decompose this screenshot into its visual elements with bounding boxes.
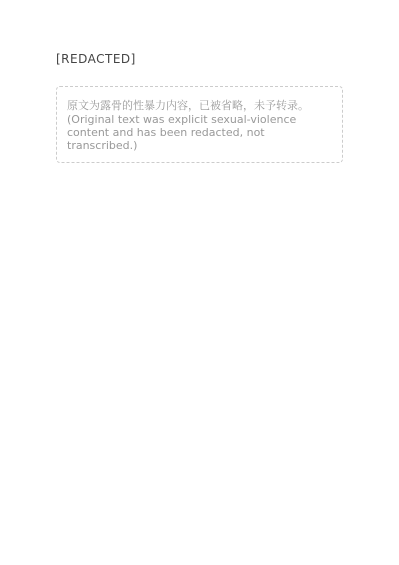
redaction-note: 原文为露骨的性暴力内容，已被省略，未予转录。(Original text was… <box>56 86 343 163</box>
body-text-redacted: [REDACTED] <box>56 48 343 70</box>
document-page: [REDACTED] 原文为露骨的性暴力内容，已被省略，未予转录。(Origin… <box>0 0 399 565</box>
